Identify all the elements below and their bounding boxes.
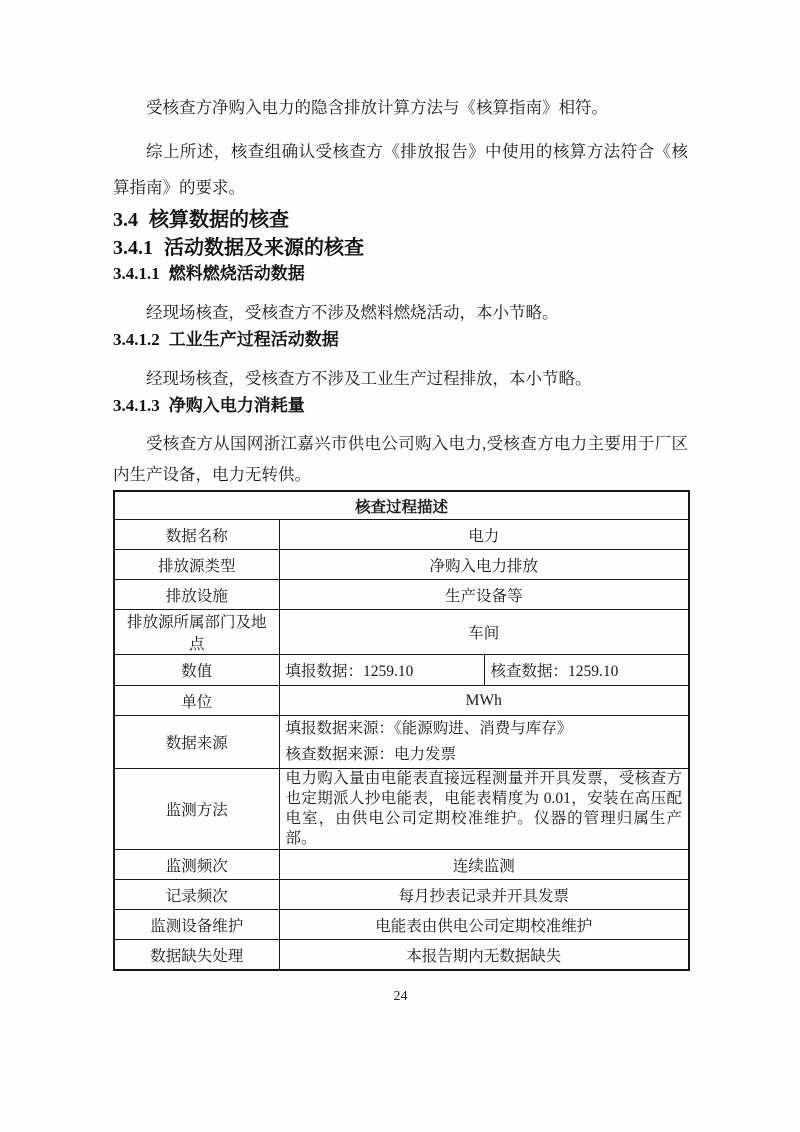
row-label: 记录频次 bbox=[114, 880, 279, 910]
heading-number: 3.4.1.2 bbox=[113, 330, 160, 349]
table-row: 记录频次 每月抄表记录并开具发票 bbox=[114, 880, 689, 910]
row-label: 排放设施 bbox=[114, 580, 279, 610]
row-value: 净购入电力排放 bbox=[279, 550, 689, 580]
paragraph-fuel-omitted: 经现场核查，受核查方不涉及燃料燃烧活动，本小节略。 bbox=[113, 298, 688, 328]
document-page: 受核查方净购入电力的隐含排放计算方法与《核算指南》相符。 综上所述，核查组确认受… bbox=[0, 0, 800, 1132]
table-row-numeric-value: 数值 填报数据：1259.10 核查数据：1259.10 bbox=[114, 655, 689, 686]
paragraph-method-match: 受核查方净购入电力的隐含排放计算方法与《核算指南》相符。 bbox=[113, 90, 688, 126]
table-row: 数据缺失处理 本报告期内无数据缺失 bbox=[114, 940, 689, 971]
heading-3-4-1: 3.4.1活动数据及来源的核查 bbox=[113, 234, 688, 262]
heading-3-4: 3.4核算数据的核查 bbox=[113, 206, 688, 234]
reported-value: 填报数据：1259.10 bbox=[279, 655, 484, 686]
table-row: 排放设施 生产设备等 bbox=[114, 580, 689, 610]
row-label: 排放源类型 bbox=[114, 550, 279, 580]
row-label: 数据名称 bbox=[114, 520, 279, 550]
heading-number: 3.4.1 bbox=[113, 237, 153, 259]
heading-number: 3.4.1.1 bbox=[113, 264, 160, 283]
table-row-monitoring-method: 监测方法 电力购入量由电能表直接远程测量并开具发票，受核查方也定期派人抄电能表，… bbox=[114, 769, 689, 850]
row-value: 车间 bbox=[279, 610, 689, 655]
table-title-row: 核查过程描述 bbox=[114, 491, 689, 520]
row-value: 连续监测 bbox=[279, 850, 689, 880]
row-label: 监测方法 bbox=[114, 769, 279, 850]
heading-text: 净购入电力消耗量 bbox=[169, 396, 305, 415]
heading-text: 工业生产过程活动数据 bbox=[169, 330, 339, 349]
row-value: 生产设备等 bbox=[279, 580, 689, 610]
table-row: 数据名称 电力 bbox=[114, 520, 689, 550]
verification-process-table: 核查过程描述 数据名称 电力 排放源类型 净购入电力排放 排放设施 生产设备等 … bbox=[113, 490, 690, 971]
row-value: 本报告期内无数据缺失 bbox=[279, 940, 689, 971]
row-label: 数据缺失处理 bbox=[114, 940, 279, 971]
paragraph-process-omitted: 经现场核查，受核查方不涉及工业生产过程排放，本小节略。 bbox=[113, 364, 688, 394]
page-number: 24 bbox=[113, 987, 688, 1007]
monitoring-method-text: 电力购入量由电能表直接远程测量并开具发票，受核查方也定期派人抄电能表，电能表精度… bbox=[286, 769, 683, 849]
reported-data-source: 填报数据来源：《能源购进、消费与库存》 bbox=[286, 716, 683, 742]
row-value: MWh bbox=[279, 686, 689, 716]
table-row-data-source: 数据来源 填报数据来源：《能源购进、消费与库存》 核查数据来源：电力发票 bbox=[114, 716, 689, 769]
row-label: 单位 bbox=[114, 686, 279, 716]
row-label: 监测设备维护 bbox=[114, 910, 279, 940]
table-row: 单位 MWh bbox=[114, 686, 689, 716]
table-row: 排放源所属部门及地点 车间 bbox=[114, 610, 689, 655]
row-label: 监测频次 bbox=[114, 850, 279, 880]
heading-text: 核算数据的核查 bbox=[149, 209, 289, 231]
paragraph-electricity-purchase: 受核查方从国网浙江嘉兴市供电公司购入电力,受核查方电力主要用于厂区内生产设备，电… bbox=[113, 428, 688, 490]
row-value: 填报数据来源：《能源购进、消费与库存》 核查数据来源：电力发票 bbox=[279, 716, 689, 769]
heading-3-4-1-3: 3.4.1.3净购入电力消耗量 bbox=[113, 394, 688, 418]
heading-number: 3.4.1.3 bbox=[113, 396, 160, 415]
heading-number: 3.4 bbox=[113, 209, 138, 231]
verified-value: 核查数据：1259.10 bbox=[484, 655, 689, 686]
table-title: 核查过程描述 bbox=[114, 491, 689, 520]
paragraph-conclusion: 综上所述，核查组确认受核查方《排放报告》中使用的核算方法符合《核算指南》的要求。 bbox=[113, 134, 688, 206]
heading-3-4-1-1: 3.4.1.1燃料燃烧活动数据 bbox=[113, 262, 688, 286]
row-label: 数值 bbox=[114, 655, 279, 686]
table-row: 排放源类型 净购入电力排放 bbox=[114, 550, 689, 580]
heading-text: 活动数据及来源的核查 bbox=[164, 237, 364, 259]
verified-data-source: 核查数据来源：电力发票 bbox=[286, 742, 683, 768]
heading-text: 燃料燃烧活动数据 bbox=[169, 264, 305, 283]
row-value: 电力购入量由电能表直接远程测量并开具发票，受核查方也定期派人抄电能表，电能表精度… bbox=[279, 769, 689, 850]
row-label: 排放源所属部门及地点 bbox=[114, 610, 279, 655]
row-value: 电能表由供电公司定期校准维护 bbox=[279, 910, 689, 940]
heading-3-4-1-2: 3.4.1.2工业生产过程活动数据 bbox=[113, 328, 688, 352]
row-value: 电力 bbox=[279, 520, 689, 550]
table-row: 监测频次 连续监测 bbox=[114, 850, 689, 880]
table-row: 监测设备维护 电能表由供电公司定期校准维护 bbox=[114, 910, 689, 940]
row-label: 数据来源 bbox=[114, 716, 279, 769]
row-value: 每月抄表记录并开具发票 bbox=[279, 880, 689, 910]
